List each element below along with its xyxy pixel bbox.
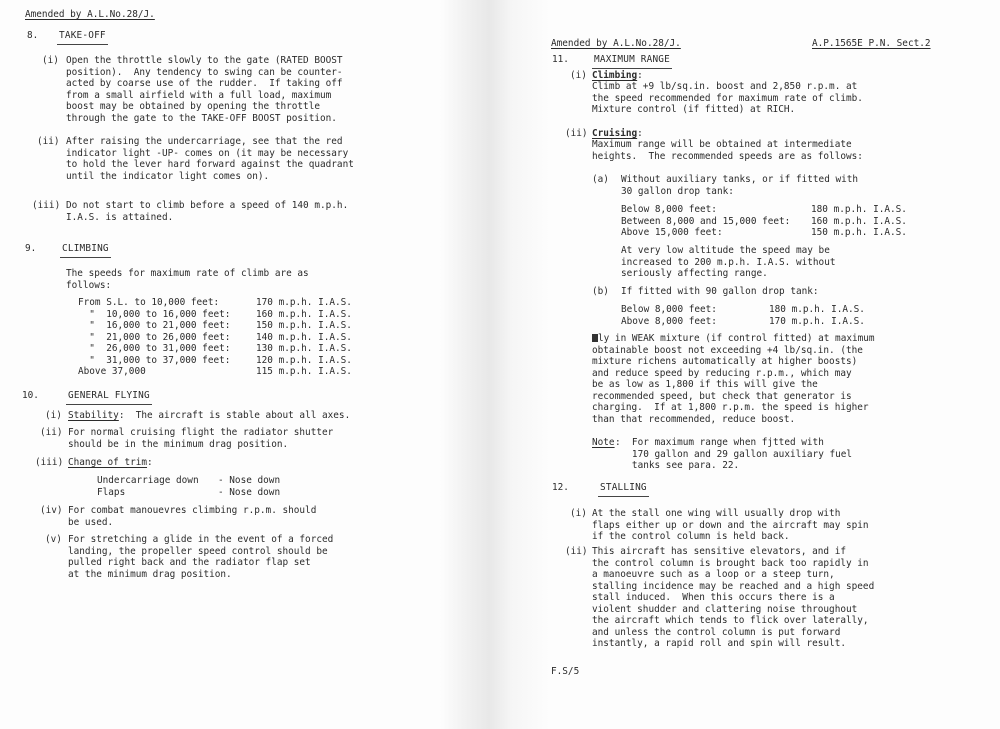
table-cell-value: - Nose down	[218, 475, 280, 487]
section-number: 8.	[27, 30, 38, 42]
text-line: and unless the control column is put for…	[592, 627, 874, 639]
text-line: Climb at +9 lb/sq.in. boost and 2,850 r.…	[592, 81, 863, 93]
table-cell-label: " 21,000 to 26,000 feet:	[78, 332, 256, 344]
weak-mixture-first-line: ly in WEAK mixture (if control fitted) a…	[592, 333, 875, 345]
climbing-subheading: Climbing:	[592, 70, 643, 82]
table-row: " 21,000 to 26,000 feet:140 m.p.h. I.A.S…	[78, 332, 352, 344]
text-line: the control column is brought back too r…	[592, 558, 874, 570]
text-line: boost may be obtained by opening the thr…	[66, 101, 343, 113]
table-cell-label: Above 37,000	[78, 366, 256, 378]
text-line: be used.	[68, 517, 316, 529]
case-b-speed-table: Below 8,000 feet:180 m.p.h. I.A.S.Above …	[621, 304, 865, 327]
text-line: increased to 200 m.p.h. I.A.S. without	[621, 257, 835, 269]
text-line: recommended speed, but check that genera…	[592, 391, 869, 403]
text-line: from a small airfield with a full load, …	[66, 90, 343, 102]
text-line: At the stall one wing will usually drop …	[592, 508, 869, 520]
climbing-intro: The speeds for maximum rate of climb are…	[66, 268, 309, 291]
text-line: follows:	[66, 280, 309, 292]
case-a-text: Without auxiliary tanks, or if fitted wi…	[621, 174, 858, 197]
section-heading-takeoff: TAKE-OFF	[57, 30, 108, 42]
text-line: a manoeuvre such as a loop or a steep tu…	[592, 569, 874, 581]
text-line: 170 gallon and 29 gallon auxiliary fuel	[615, 449, 852, 461]
table-cell-label: Between 8,000 and 15,000 feet:	[621, 216, 811, 228]
section-heading-climbing: CLIMBING	[60, 243, 111, 255]
table-cell-value: 180 m.p.h. I.A.S.	[811, 204, 907, 216]
table-cell-value: 180 m.p.h. I.A.S.	[769, 304, 865, 316]
table-cell-label: " 16,000 to 21,000 feet:	[78, 320, 256, 332]
table-row: Flaps- Nose down	[97, 487, 280, 499]
trim-table: Undercarriage down- Nose downFlaps- Nose…	[97, 475, 280, 498]
item-label: (iii)	[35, 457, 63, 469]
table-cell-label: " 26,000 to 31,000 feet:	[78, 343, 256, 355]
case-a-note: At very low altitude the speed may beinc…	[621, 245, 835, 280]
table-row: Between 8,000 and 15,000 feet:160 m.p.h.…	[621, 216, 907, 228]
text-line: until the indicator light comes on).	[66, 171, 354, 183]
text-line: pulled right back and the radiator flap …	[68, 557, 333, 569]
table-row: Undercarriage down- Nose down	[97, 475, 280, 487]
text-line: stalling incidence may be reached and a …	[592, 581, 874, 593]
amendment-note: Amended by A.L.No.28/J.	[551, 38, 681, 50]
case-label: (a)	[592, 174, 609, 186]
text-line: stall induced. When this occurs there is…	[592, 592, 874, 604]
amendment-note: Amended by A.L.No.28/J.	[25, 9, 155, 21]
table-cell-label: " 31,000 to 37,000 feet:	[78, 355, 256, 367]
text-line: obtainable boost not exceeding +4 lb/sq.…	[592, 345, 869, 357]
note-text: : For maximum range when fjtted with 170…	[615, 437, 852, 472]
text-line: The speeds for maximum rate of climb are…	[66, 268, 309, 280]
right-page: Amended by A.L.No.28/J. A.P.1565E P.N. S…	[510, 0, 1000, 729]
stalling-item-ii: This aircraft has sensitive elevators, a…	[592, 546, 874, 650]
change-of-trim-heading: Change of trim:	[68, 457, 153, 469]
text-line: At very low altitude the speed may be	[621, 245, 835, 257]
section-number: 12.	[552, 482, 569, 494]
stalling-item-i: At the stall one wing will usually drop …	[592, 508, 869, 543]
general-flying-item-v: For stretching a glide in the event of a…	[68, 534, 333, 580]
table-cell-value: 130 m.p.h. I.A.S.	[256, 343, 352, 355]
text-line: should be in the minimum drag position.	[68, 439, 333, 451]
table-row: From S.L. to 10,000 feet:170 m.p.h. I.A.…	[78, 297, 352, 309]
text-line: Without auxiliary tanks, or if fitted wi…	[621, 174, 858, 186]
case-a-speed-table: Below 8,000 feet:180 m.p.h. I.A.S.Betwee…	[621, 204, 907, 239]
note-label: Note	[592, 437, 615, 449]
item-label: (iv)	[40, 505, 63, 517]
max-range-climbing-text: Climb at +9 lb/sq.in. boost and 2,850 r.…	[592, 81, 863, 116]
takeoff-item-i: Open the throttle slowly to the gate (RA…	[66, 55, 343, 124]
text-line: than that recommended, reduce boost.	[592, 414, 869, 426]
section-number: 11.	[552, 54, 569, 66]
table-cell-value: - Nose down	[218, 487, 280, 499]
cruising-subheading: Cruising:	[592, 128, 643, 140]
table-row: " 16,000 to 21,000 feet:150 m.p.h. I.A.S…	[78, 320, 352, 332]
general-flying-item-ii: For normal cruising flight the radiator …	[68, 427, 333, 450]
text-line: This aircraft has sensitive elevators, a…	[592, 546, 874, 558]
item-label: (i)	[570, 508, 587, 520]
text-line: be as low as 1,800 if this will give the	[592, 379, 869, 391]
text-line: and reduce speed by reducing r.p.m., whi…	[592, 368, 869, 380]
section-number: 9.	[25, 243, 36, 255]
document-reference: A.P.1565E P.N. Sect.2	[812, 38, 931, 50]
table-row: " 26,000 to 31,000 feet:130 m.p.h. I.A.S…	[78, 343, 352, 355]
table-row: Above 8,000 feet:170 m.p.h. I.A.S.	[621, 316, 865, 328]
section-heading-stalling: STALLING	[598, 482, 649, 494]
table-cell-value: 120 m.p.h. I.A.S.	[256, 355, 352, 367]
table-cell-label: Flaps	[97, 487, 218, 499]
text-line: Maximum range will be obtained at interm…	[592, 139, 863, 151]
text-line: For stretching a glide in the event of a…	[68, 534, 333, 546]
table-cell-value: 170 m.p.h. I.A.S.	[256, 297, 352, 309]
item-label: (i)	[570, 70, 587, 82]
text-line: Mixture control (if fitted) at RICH.	[592, 104, 863, 116]
text-line: For normal cruising flight the radiator …	[68, 427, 333, 439]
document-spread: Amended by A.L.No.28/J. 8. TAKE-OFF (i) …	[0, 0, 1000, 729]
stability-item: Stability: The aircraft is stable about …	[68, 410, 350, 422]
table-cell-value: 150 m.p.h. I.A.S.	[811, 227, 907, 239]
table-row: " 31,000 to 37,000 feet:120 m.p.h. I.A.S…	[78, 355, 352, 367]
text-line: to hold the lever hard forward against t…	[66, 159, 354, 171]
item-label: (v)	[45, 534, 62, 546]
item-label: (iii)	[32, 200, 60, 212]
text-line: violent shudder and clattering noise thr…	[592, 604, 874, 616]
item-label: (i)	[45, 410, 62, 422]
text-line: heights. The recommended speeds are as f…	[592, 151, 863, 163]
text-line: at the minimum drag position.	[68, 569, 333, 581]
table-cell-value: 170 m.p.h. I.A.S.	[769, 316, 865, 328]
left-page: Amended by A.L.No.28/J. 8. TAKE-OFF (i) …	[0, 0, 470, 729]
text-line: through the gate to the TAKE-OFF BOOST p…	[66, 113, 343, 125]
item-label: (ii)	[565, 128, 588, 140]
table-cell-value: 160 m.p.h. I.A.S.	[256, 309, 352, 321]
text-line: the aircraft which tends to flick over l…	[592, 615, 874, 627]
takeoff-item-ii: After raising the undercarriage, see tha…	[66, 136, 354, 182]
table-cell-label: From S.L. to 10,000 feet:	[78, 297, 256, 309]
table-cell-value: 115 m.p.h. I.A.S.	[256, 366, 352, 378]
takeoff-item-iii: Do not start to climb before a speed of …	[66, 200, 348, 223]
climb-speed-table: From S.L. to 10,000 feet:170 m.p.h. I.A.…	[78, 297, 352, 378]
cruising-intro: Maximum range will be obtained at interm…	[592, 139, 863, 162]
text-line: For combat manouevres climbing r.p.m. sh…	[68, 505, 316, 517]
table-cell-value: 160 m.p.h. I.A.S.	[811, 216, 907, 228]
item-label: (ii)	[40, 427, 63, 439]
text-line: Open the throttle slowly to the gate (RA…	[66, 55, 343, 67]
table-row: " 10,000 to 16,000 feet:160 m.p.h. I.A.S…	[78, 309, 352, 321]
text-line: indicator light -UP- comes on (it may be…	[66, 148, 354, 160]
text-line: charging. If at 1,800 r.p.m. the speed i…	[592, 402, 869, 414]
table-row: Above 15,000 feet:150 m.p.h. I.A.S.	[621, 227, 907, 239]
text-line: mixture richens automatically at higher …	[592, 356, 869, 368]
section-heading-general-flying: GENERAL FLYING	[66, 390, 152, 402]
table-cell-value: 140 m.p.h. I.A.S.	[256, 332, 352, 344]
case-b-text: If fitted with 90 gallon drop tank:	[621, 286, 819, 298]
item-label: (ii)	[37, 136, 60, 148]
text-line: I.A.S. is attained.	[66, 212, 348, 224]
table-row: Below 8,000 feet:180 m.p.h. I.A.S.	[621, 204, 907, 216]
text-line: position). Any tendency to swing can be …	[66, 67, 343, 79]
case-label: (b)	[592, 286, 609, 298]
table-cell-label: Below 8,000 feet:	[621, 204, 811, 216]
text-line: tanks see para. 22.	[615, 460, 852, 472]
text-line: seriously affecting range.	[621, 268, 835, 280]
page-footer: F.S/5	[551, 666, 579, 678]
text-line: Do not start to climb before a speed of …	[66, 200, 348, 212]
table-cell-value: 150 m.p.h. I.A.S.	[256, 320, 352, 332]
table-cell-label: Above 8,000 feet:	[621, 316, 769, 328]
text-line: acted by coarse use of the rudder. If ta…	[66, 78, 343, 90]
item-label: (i)	[42, 55, 59, 67]
text-line: 30 gallon drop tank:	[621, 186, 858, 198]
section-number: 10.	[22, 390, 39, 402]
table-row: Above 37,000115 m.p.h. I.A.S.	[78, 366, 352, 378]
text-line: if the control column is held back.	[592, 531, 869, 543]
text-line: instantly, a rapid roll and spin will re…	[592, 638, 874, 650]
table-cell-label: Below 8,000 feet:	[621, 304, 769, 316]
text-line: : For maximum range when fjtted with	[615, 437, 852, 449]
general-flying-item-iv: For combat manouevres climbing r.p.m. sh…	[68, 505, 316, 528]
weak-mixture-text: obtainable boost not exceeding +4 lb/sq.…	[592, 345, 869, 426]
text-line: landing, the propeller speed control sho…	[68, 546, 333, 558]
text-line: After raising the undercarriage, see tha…	[66, 136, 354, 148]
item-label: (ii)	[565, 546, 588, 558]
text-line: the speed recommended for maximum rate o…	[592, 93, 863, 105]
section-heading-maximum-range: MAXIMUM RANGE	[592, 54, 672, 66]
text-line: flaps either up or down and the aircraft…	[592, 520, 869, 532]
table-cell-label: Above 15,000 feet:	[621, 227, 811, 239]
table-cell-label: " 10,000 to 16,000 feet:	[78, 309, 256, 321]
table-cell-label: Undercarriage down	[97, 475, 218, 487]
table-row: Below 8,000 feet:180 m.p.h. I.A.S.	[621, 304, 865, 316]
